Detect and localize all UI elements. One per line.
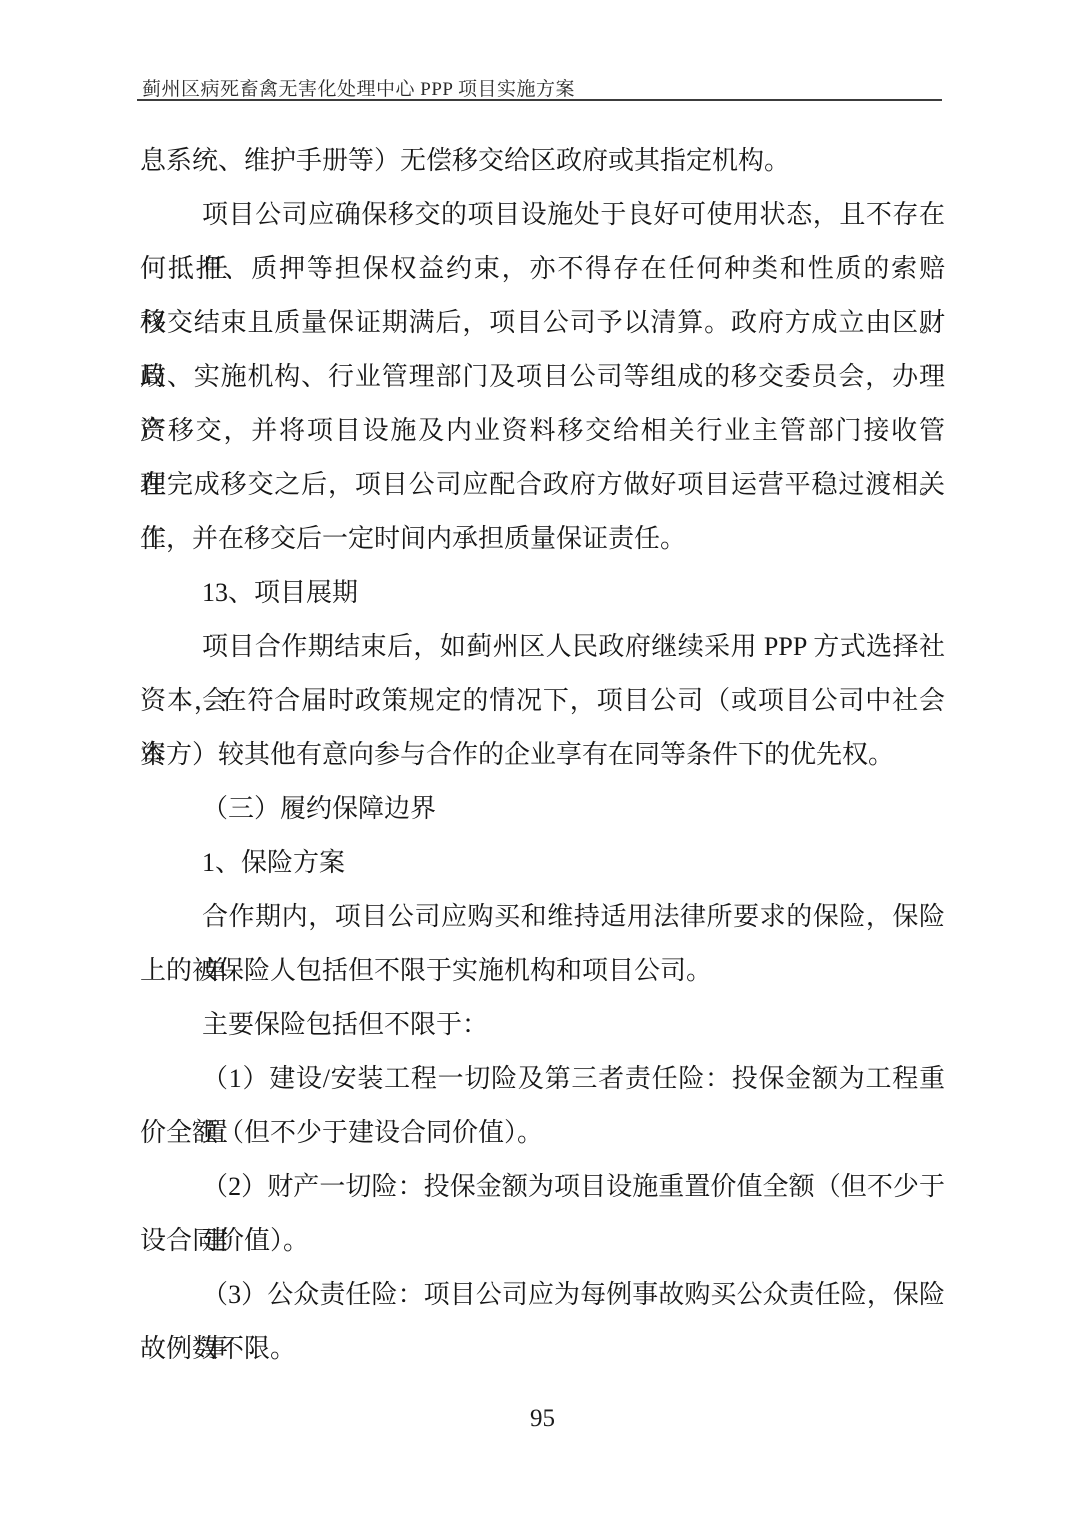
text-line: 13、项目展期 [140,566,945,620]
text-line: 项目公司应确保移交的项目设施处于良好可使用状态，且不存在任 [140,188,945,242]
text-line: 本方）较其他有意向参与合作的企业享有在同等条件下的优先权。 [140,728,945,782]
text-line: 局、实施机构、行业管理部门及项目公司等组成的移交委员会，办理资 [140,350,945,404]
text-line: 息系统、维护手册等）无偿移交给区政府或其指定机构。 [140,134,945,188]
text-line: 资本，在符合届时政策规定的情况下，项目公司（或项目公司中社会资 [140,674,945,728]
text-line: 主要保险包括但不限于： [140,998,945,1052]
text-line: 设合同价值）。 [140,1214,945,1268]
text-line: （3）公众责任险：项目公司应为每例事故购买公众责任险，保险事 [140,1268,945,1322]
text-line: 1、保险方案 [140,836,945,890]
text-line: 何抵押、质押等担保权益约束，亦不得存在任何种类和性质的索赔权。 [140,242,945,296]
document-body: 息系统、维护手册等）无偿移交给区政府或其指定机构。项目公司应确保移交的项目设施处… [140,134,945,1376]
text-line: 故例数不限。 [140,1322,945,1376]
text-line: （1）建设/安装工程一切险及第三者责任险：投保金额为工程重置 [140,1052,945,1106]
text-line: 产移交，并将项目设施及内业资料移交给相关行业主管部门接收管理。 [140,404,945,458]
header-title: 蓟州区病死畜禽无害化处理中心 PPP 项目实施方案 [142,74,575,101]
document-page: 蓟州区病死畜禽无害化处理中心 PPP 项目实施方案 息系统、维护手册等）无偿移交… [0,0,1069,1514]
text-line: 作，并在移交后一定时间内承担质量保证责任。 [140,512,945,566]
text-line: 在完成移交之后，项目公司应配合政府方做好项目运营平稳过渡相关工 [140,458,945,512]
text-line: （三）履约保障边界 [140,782,945,836]
text-line: 价全额（但不少于建设合同价值）。 [140,1106,945,1160]
text-line: （2）财产一切险：投保金额为项目设施重置价值全额（但不少于建 [140,1160,945,1214]
text-line: 项目合作期结束后，如蓟州区人民政府继续采用 PPP 方式选择社会 [140,620,945,674]
header-rule [137,99,942,101]
page-footer: 95 [140,1392,945,1446]
page-number: 95 [530,1405,555,1432]
text-line: 上的被保险人包括但不限于实施机构和项目公司。 [140,944,945,998]
text-line: 合作期内，项目公司应购买和维持适用法律所要求的保险，保险单 [140,890,945,944]
text-line: 移交结束且质量保证期满后，项目公司予以清算。政府方成立由区财政 [140,296,945,350]
